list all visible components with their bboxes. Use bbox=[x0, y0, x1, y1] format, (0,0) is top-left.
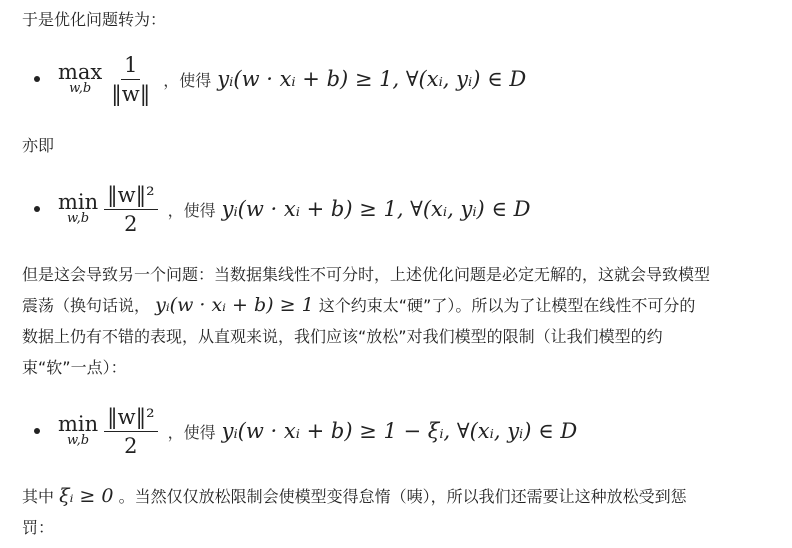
equiv-text: 亦即 bbox=[22, 130, 54, 161]
formula-min: min w,b ‖w‖² 2 ，使得 yᵢ(w · xᵢ + b) ≥ 1, ∀… bbox=[34, 174, 530, 244]
fraction: 1 ‖w‖ bbox=[108, 51, 153, 108]
connector-text: ，使得 bbox=[168, 198, 216, 221]
connector-text: ，使得 bbox=[163, 68, 211, 91]
formula-max: max w,b 1 ‖w‖ ，使得 yᵢ(w · xᵢ + b) ≥ 1, ∀(… bbox=[34, 44, 526, 114]
bullet-icon bbox=[34, 428, 40, 434]
bullet-icon bbox=[34, 206, 40, 212]
constraint-expr: yᵢ(w · xᵢ + b) ≥ 1, ∀(xᵢ, yᵢ) ∈ D bbox=[222, 197, 531, 221]
formula-min-soft: min w,b ‖w‖² 2 ，使得 yᵢ(w · xᵢ + b) ≥ 1 − … bbox=[34, 396, 577, 466]
operator: min w,b bbox=[58, 414, 98, 448]
intro-text: 于是优化问题转为： bbox=[22, 4, 166, 35]
final-line-1: 其中 ξᵢ ≥ 0 。当然仅仅放松限制会使模型变得怠惰（咦），所以我们还需要让这… bbox=[22, 481, 687, 512]
fraction: ‖w‖² 2 bbox=[104, 403, 157, 460]
problem-line-2: 震荡（换句话说， yᵢ(w · xᵢ + b) ≥ 1 这个约束太“硬”了）。所… bbox=[22, 290, 695, 321]
constraint-expr: yᵢ(w · xᵢ + b) ≥ 1 − ξᵢ, ∀(xᵢ, yᵢ) ∈ D bbox=[222, 419, 578, 443]
connector-text: ，使得 bbox=[168, 420, 216, 443]
document: 于是优化问题转为： max w,b 1 ‖w‖ ，使得 yᵢ(w · xᵢ + … bbox=[0, 0, 792, 548]
operator: max w,b bbox=[58, 62, 102, 96]
problem-line-3: 数据上仍有不错的表现，从直观来说，我们应该“放松”对我们模型的限制（让我们模型的… bbox=[22, 321, 663, 352]
operator: min w,b bbox=[58, 192, 98, 226]
problem-line-4: 束“软”一点）： bbox=[22, 352, 127, 383]
bullet-icon bbox=[34, 76, 40, 82]
fraction: ‖w‖² 2 bbox=[104, 181, 157, 238]
constraint-expr: yᵢ(w · xᵢ + b) ≥ 1, ∀(xᵢ, yᵢ) ∈ D bbox=[217, 67, 526, 91]
final-line-2: 罚： bbox=[22, 512, 54, 543]
inline-xi: ξᵢ ≥ 0 bbox=[59, 485, 113, 507]
inline-constraint: yᵢ(w · xᵢ + b) ≥ 1 bbox=[155, 294, 314, 316]
problem-line-1: 但是这会导致另一个问题：当数据集线性不可分时，上述优化问题是必定无解的，这就会导… bbox=[22, 259, 710, 290]
